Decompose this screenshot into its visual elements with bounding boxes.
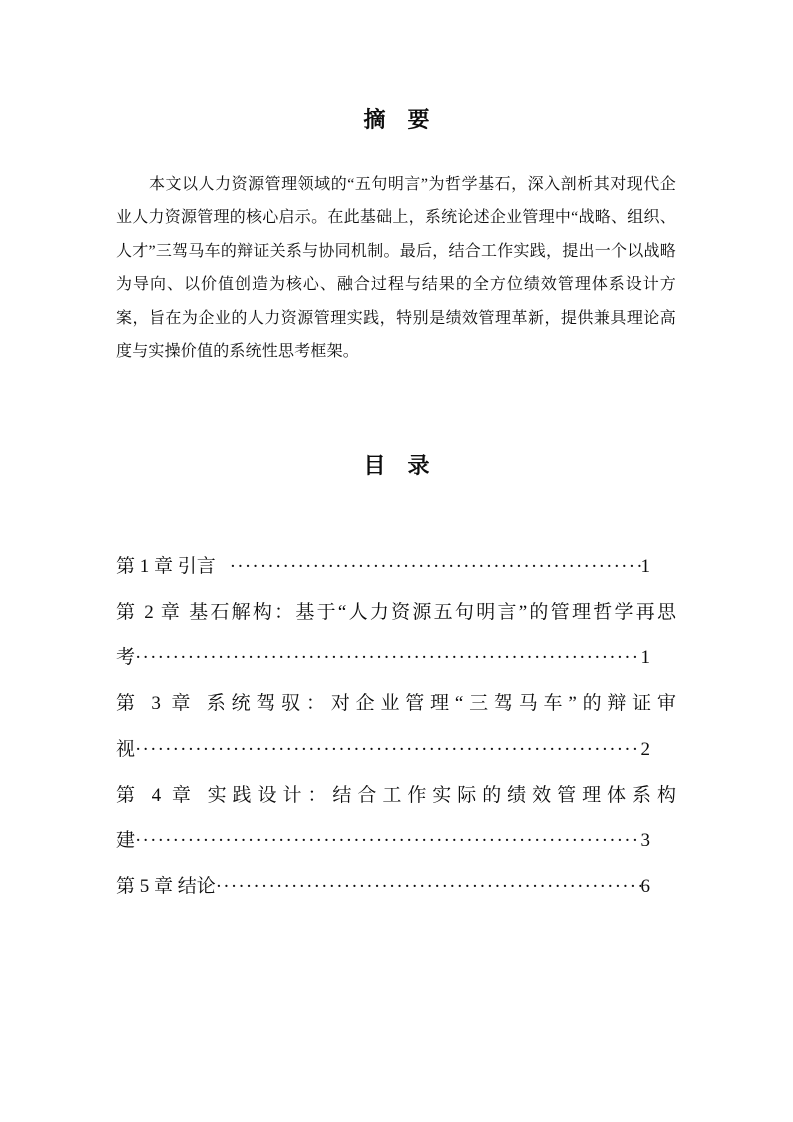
toc-entry-chapter-1: 第 1 章 引言 1 xyxy=(116,544,676,590)
toc-entry-title[interactable]: 第 5 章 结论 xyxy=(116,864,216,910)
toc-entry-title-overflow[interactable]: 建 xyxy=(116,818,135,864)
dot-leader xyxy=(216,864,641,910)
document-page: 摘 要 本文以人力资源管理领域的“五句明言”为哲学基石，深入剖析其对现代企业人力… xyxy=(0,0,793,1122)
table-of-contents: 第 1 章 引言 1 第 2 章 基石解构：基于“人力资源五句明言”的管理哲学再… xyxy=(116,544,676,910)
dot-leader xyxy=(135,818,640,864)
dot-leader xyxy=(135,727,640,773)
toc-page-number[interactable]: 3 xyxy=(641,818,651,864)
abstract-paragraph: 本文以人力资源管理领域的“五句明言”为哲学基石，深入剖析其对现代企业人力资源管理… xyxy=(116,168,676,368)
toc-entry-chapter-5: 第 5 章 结论 6 xyxy=(116,864,676,910)
dot-leader xyxy=(135,635,640,681)
toc-entry-title[interactable]: 第 3 章 系统驾驭：对企业管理“三驾马车”的辩证审 xyxy=(116,681,676,727)
toc-entry-title[interactable]: 第 1 章 引言 xyxy=(116,544,216,590)
toc-heading: 目 录 xyxy=(0,452,793,480)
toc-page-number[interactable]: 1 xyxy=(641,635,651,681)
toc-page-number[interactable]: 1 xyxy=(641,544,651,590)
toc-entry-chapter-2: 第 2 章 基石解构：基于“人力资源五句明言”的管理哲学再思 考 1 xyxy=(116,590,676,681)
toc-entry-title[interactable]: 第 2 章 基石解构：基于“人力资源五句明言”的管理哲学再思 xyxy=(116,590,676,636)
toc-entry-title-overflow[interactable]: 视 xyxy=(116,727,135,773)
toc-entry-chapter-4: 第 4 章 实践设计：结合工作实际的绩效管理体系构 建 3 xyxy=(116,773,676,864)
dot-leader xyxy=(230,544,641,590)
toc-entry-title-overflow[interactable]: 考 xyxy=(116,635,135,681)
toc-entry-chapter-3: 第 3 章 系统驾驭：对企业管理“三驾马车”的辩证审 视 2 xyxy=(116,681,676,772)
toc-entry-title[interactable]: 第 4 章 实践设计：结合工作实际的绩效管理体系构 xyxy=(116,773,676,819)
toc-page-number[interactable]: 6 xyxy=(641,864,651,910)
toc-page-number[interactable]: 2 xyxy=(641,727,651,773)
abstract-heading: 摘 要 xyxy=(0,106,793,134)
